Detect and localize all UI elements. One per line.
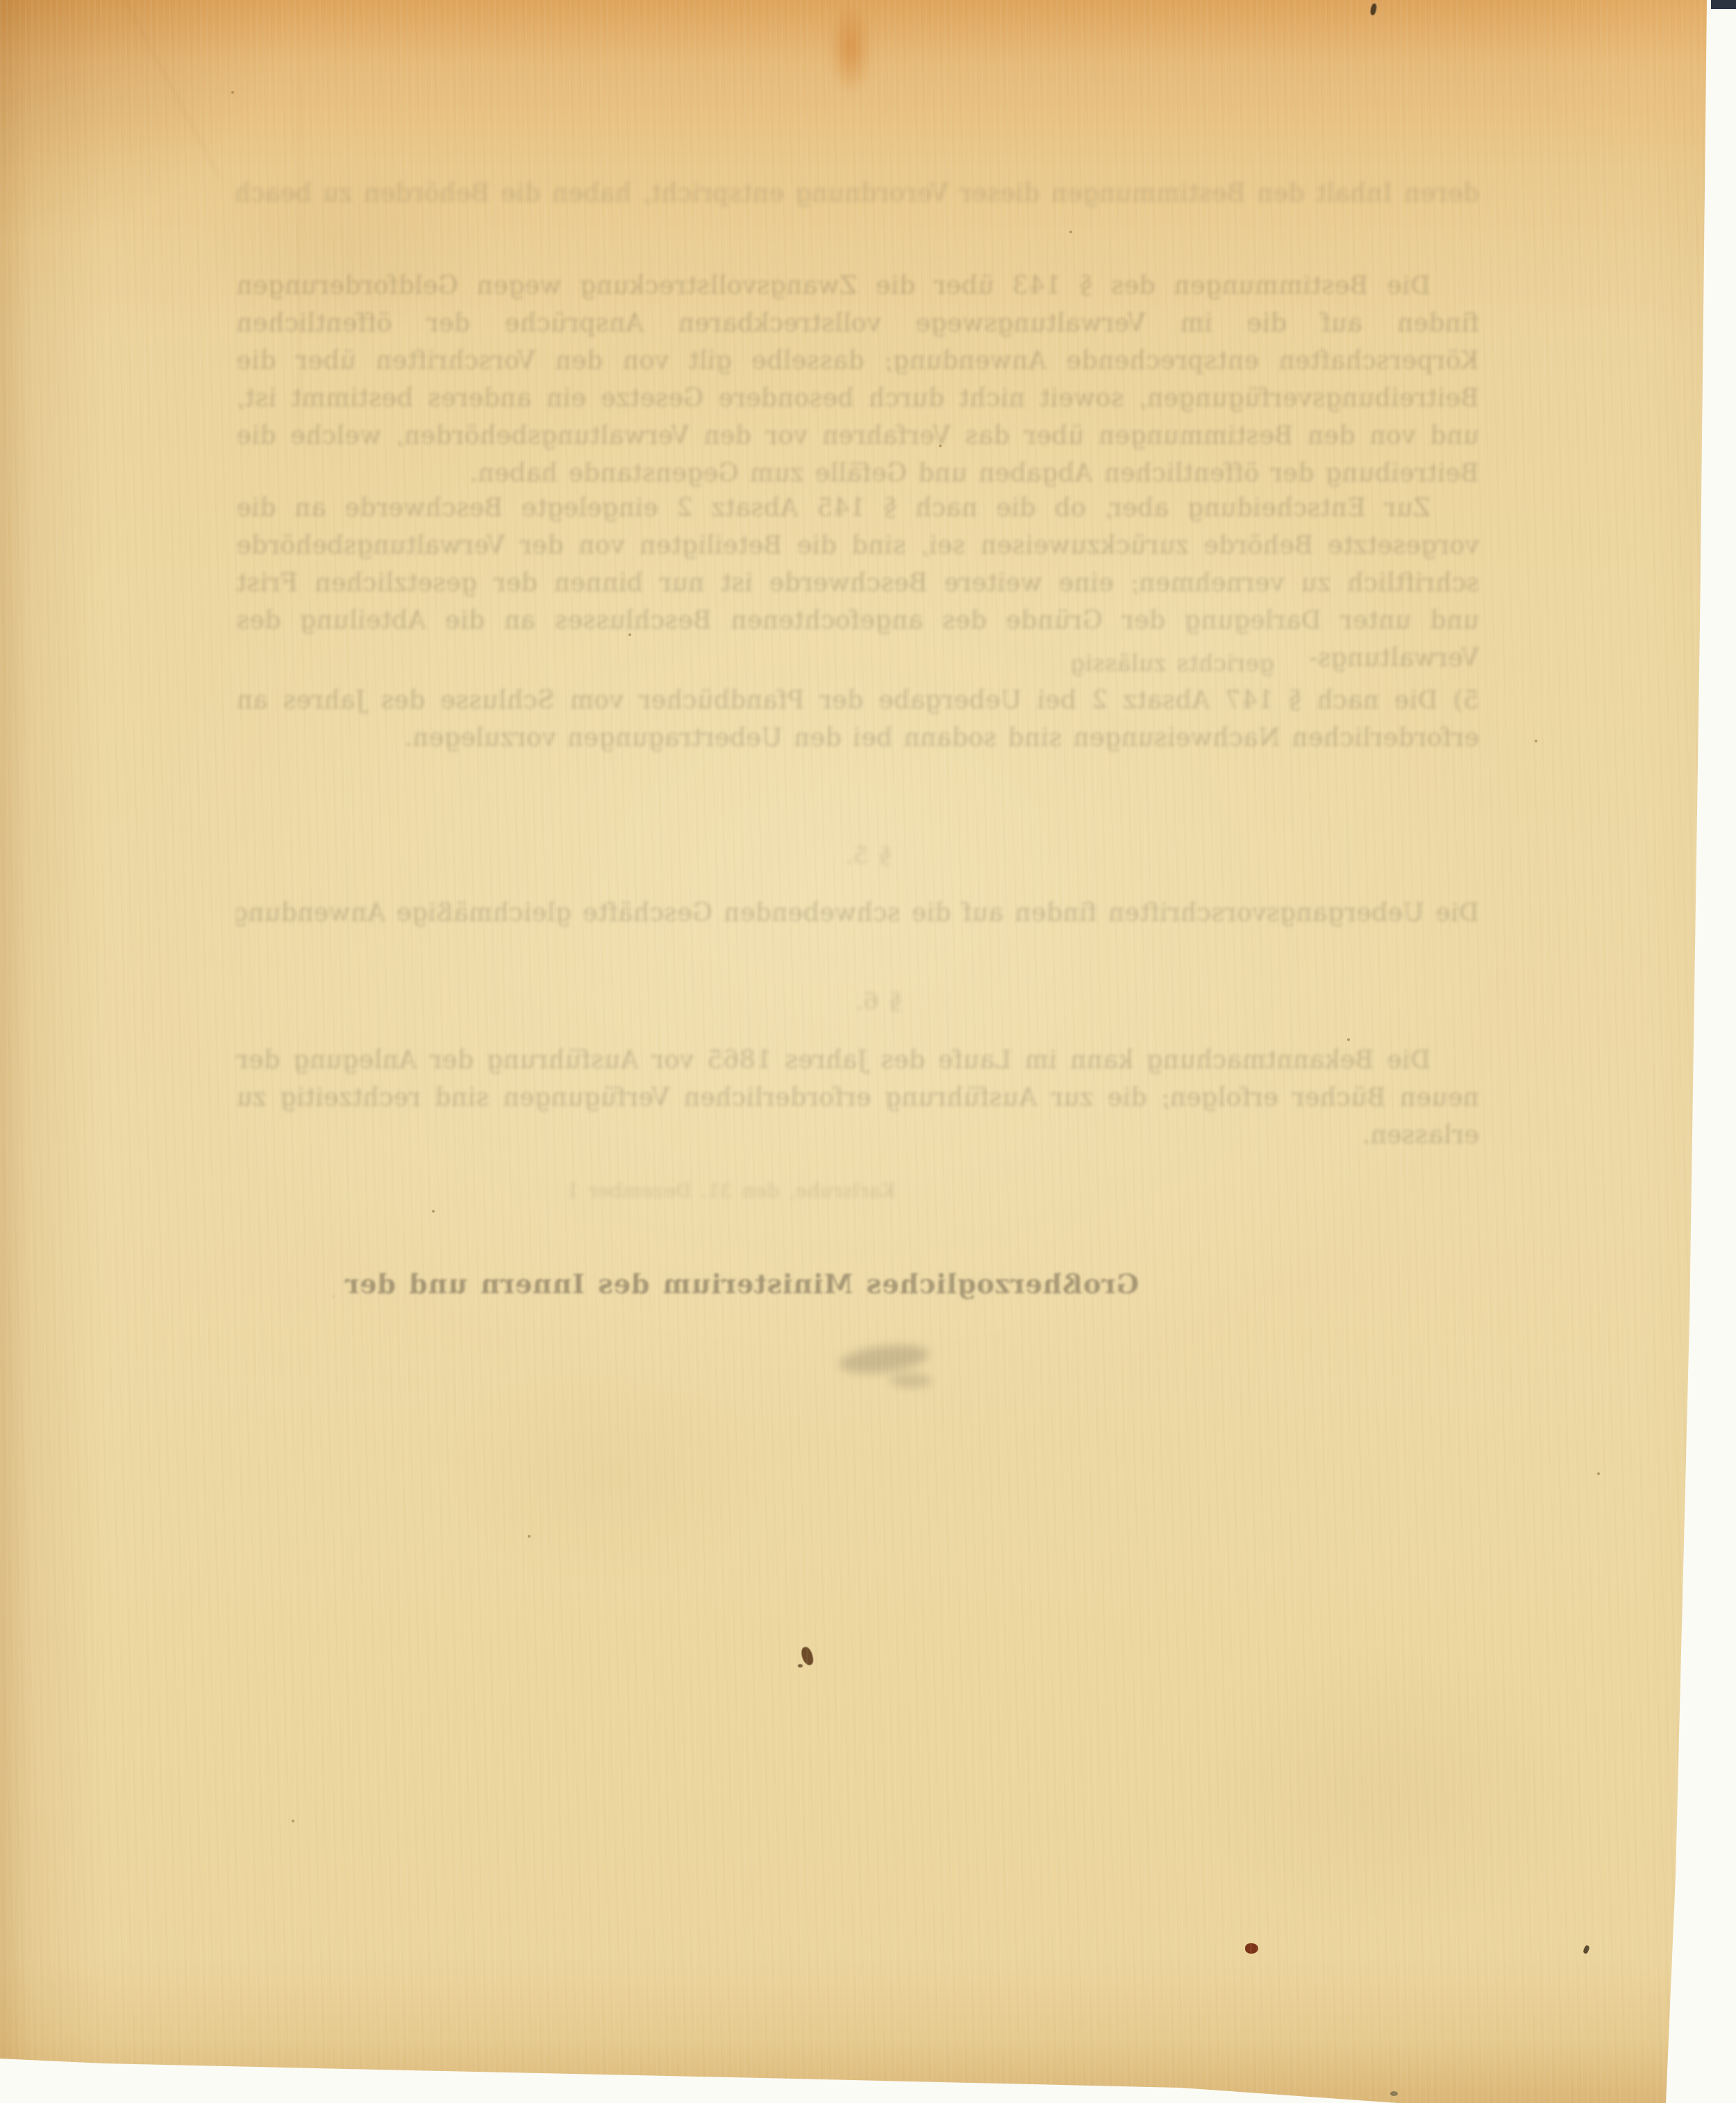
showthrough-paragraph-second: Zur Entscheidung aber, ob die nach § 145… (236, 490, 1479, 677)
paper-speck (1535, 740, 1537, 742)
signature-smudge (837, 1340, 930, 1378)
showthrough-single-line: Die Uebergangsvorschriften finden auf di… (236, 895, 1479, 932)
paper-speck (1069, 231, 1072, 233)
crease-line (120, 0, 219, 177)
ink-fleck (1369, 3, 1377, 15)
showthrough-section-mark-5: § 5. (819, 837, 917, 874)
ink-speck (800, 1646, 815, 1667)
showthrough-date-line: Karlsruhe, den 31. Dezember 1864. (569, 1172, 896, 1210)
ink-speck (798, 1664, 803, 1668)
ink-fleck (1583, 1945, 1590, 1954)
scan-background: deren Inhalt den Bestimmungen dieser Ver… (0, 0, 1736, 2103)
paper-speck (528, 1535, 531, 1538)
showthrough-section-mark-6: § 6. (830, 983, 927, 1020)
corner-dark-mark (1711, 0, 1736, 9)
paper-speck (939, 444, 942, 447)
paper-speck (231, 91, 234, 94)
paper-speck (1597, 1472, 1600, 1475)
showthrough-intro-line: deren Inhalt den Bestimmungen dieser Ver… (236, 175, 1479, 213)
showthrough-paragraph-main: Die Bestimmungen des § 143 über die Zwan… (236, 267, 1479, 492)
paper-sheet: deren Inhalt den Bestimmungen dieser Ver… (0, 0, 1736, 2103)
paper-speck (292, 1820, 294, 1822)
showthrough-ministry-line: Großherzogliches Ministerium des Innern … (333, 1265, 1139, 1303)
showthrough-paragraph-final: Die Bekanntmachung kann im Laufe des Jah… (236, 1042, 1479, 1154)
showthrough-item-five: 5) Die nach § 147 Absatz 2 bei Uebergabe… (236, 682, 1479, 757)
paper-speck (628, 633, 631, 636)
signature-smudge (890, 1374, 932, 1388)
paper-fleck (1390, 2091, 1398, 2096)
showthrough-stub-line: gerichts zulässig. (1073, 645, 1274, 682)
paper-speck (432, 1210, 435, 1213)
orange-stain (823, 0, 878, 111)
red-ink-dot (1245, 1943, 1258, 1954)
paper-speck (1347, 1038, 1350, 1041)
